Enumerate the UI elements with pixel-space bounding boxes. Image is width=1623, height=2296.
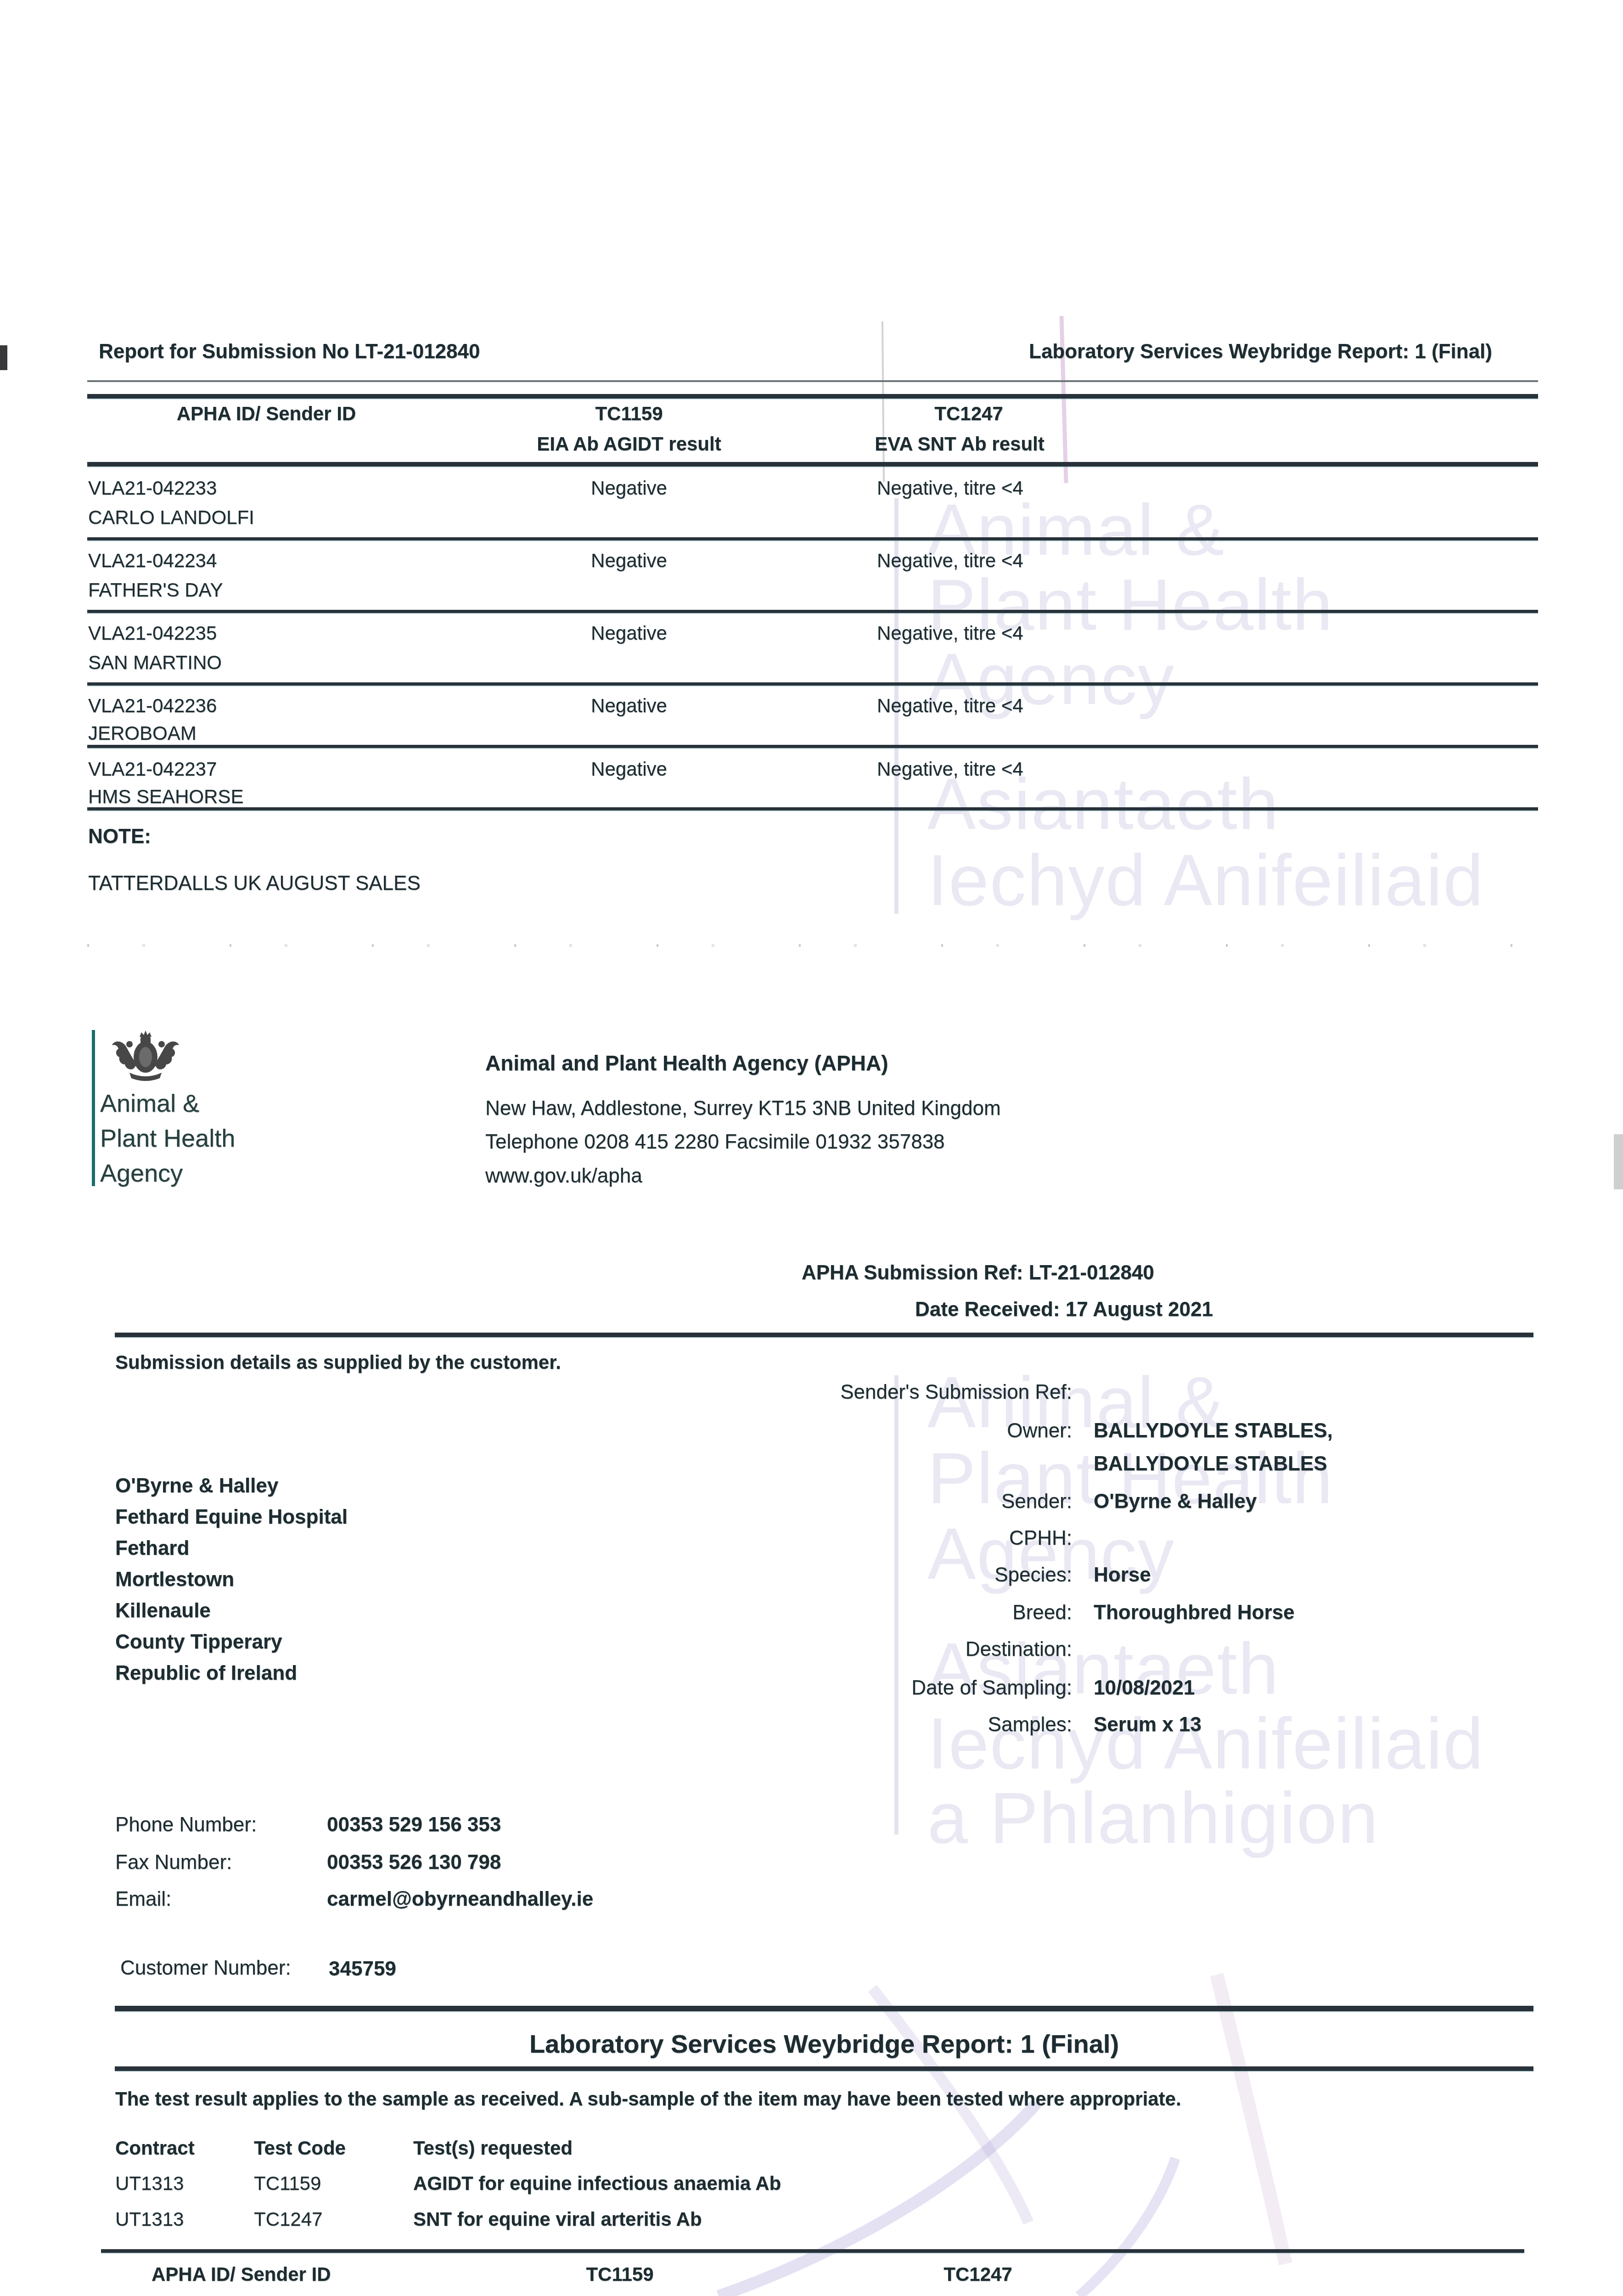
fax-label: Fax Number:	[115, 1851, 232, 1874]
agency-website: www.gov.uk/apha	[485, 1165, 642, 1187]
customer-address-line: Republic of Ireland	[115, 1662, 297, 1684]
horse-name: JEROBOAM	[88, 723, 197, 744]
field-value-owner-2: BALLYDOYLE STABLES	[1094, 1453, 1327, 1475]
scanned-lab-report-page: Animal & Plant Health Agency Asiantaeth …	[0, 0, 1623, 2296]
agency-phone-fax: Telephone 0208 415 2280 Facsimile 01932 …	[485, 1131, 945, 1153]
field-label-sampling: Date of Sampling:	[689, 1677, 1072, 1699]
test-name-value: AGIDT for equine infectious anaemia Ab	[413, 2173, 781, 2194]
footer-header-tc1159: TC1159	[505, 2264, 735, 2285]
logo-text-line: Plant Health	[100, 1124, 235, 1153]
field-label-species: Species:	[689, 1564, 1072, 1586]
eia-result: Negative	[519, 623, 739, 644]
test-code-value: TC1247	[254, 2209, 322, 2230]
field-value-sender: O'Byrne & Halley	[1094, 1491, 1257, 1513]
date-received-line: Date Received: 17 August 2021	[915, 1299, 1213, 1321]
contract-value: UT1313	[115, 2209, 184, 2230]
date-received-label: Date Received:	[915, 1298, 1060, 1321]
field-label-owner: Owner:	[689, 1420, 1072, 1442]
logo-vertical-bar	[92, 1030, 95, 1186]
email-value: carmel@obyrneandhalley.ie	[327, 1888, 593, 1910]
divider	[87, 610, 1538, 613]
field-value-samples: Serum x 13	[1094, 1714, 1202, 1736]
divider	[87, 682, 1538, 686]
eia-result: Negative	[519, 550, 739, 571]
agency-name: Animal and Plant Health Agency (APHA)	[485, 1052, 888, 1075]
phone-label: Phone Number:	[115, 1814, 257, 1836]
eva-result: Negative, titre <4	[877, 759, 1023, 780]
divider	[115, 2066, 1533, 2071]
eva-result: Negative, titre <4	[877, 478, 1023, 499]
horse-name: SAN MARTINO	[88, 652, 222, 673]
submission-ref-line: APHA Submission Ref: LT-21-012840	[802, 1262, 1154, 1284]
customer-address-line: Fethard	[115, 1537, 189, 1559]
footer-header-apha-id: APHA ID/ Sender ID	[152, 2264, 331, 2285]
customer-address-line: County Tipperary	[115, 1631, 282, 1653]
phone-value: 00353 529 156 353	[327, 1814, 501, 1836]
eva-result: Negative, titre <4	[877, 550, 1023, 571]
watermark-text: Iechyd Anifeiliaid	[927, 844, 1484, 917]
tests-header-requested: Test(s) requested	[413, 2138, 573, 2159]
royal-crest-icon	[102, 1029, 189, 1084]
horse-name: CARLO LANDOLFI	[88, 507, 254, 528]
field-label-cphh: CPHH:	[689, 1527, 1072, 1549]
logo-text-line: Animal &	[100, 1089, 199, 1118]
horse-name: FATHER'S DAY	[88, 580, 223, 601]
test-code-value: TC1159	[254, 2173, 321, 2194]
field-value-sampling: 10/08/2021	[1094, 1677, 1195, 1699]
watermark-text: a Phlanhigion	[927, 1782, 1379, 1854]
weybridge-report-title: Laboratory Services Weybridge Report: 1 …	[115, 2030, 1533, 2058]
note-label: NOTE:	[88, 826, 151, 848]
divider	[87, 394, 1538, 399]
eia-result: Negative	[519, 478, 739, 499]
sample-id: VLA21-042237	[88, 759, 217, 780]
field-value-owner-1: BALLYDOYLE STABLES,	[1094, 1420, 1333, 1442]
date-received-value: 17 August 2021	[1066, 1298, 1213, 1321]
sample-id: VLA21-042233	[88, 478, 217, 499]
field-label-destination: Destination:	[689, 1638, 1072, 1660]
divider	[101, 2249, 1524, 2253]
horse-name: HMS SEAHORSE	[88, 786, 243, 807]
submission-ref-label: APHA Submission Ref:	[802, 1261, 1023, 1284]
field-label-samples: Samples:	[689, 1714, 1072, 1736]
note-text: TATTERDALLS UK AUGUST SALES	[88, 872, 421, 895]
field-value-breed: Thoroughbred Horse	[1094, 1602, 1295, 1624]
agency-address: New Haw, Addlestone, Surrey KT15 3NB Uni…	[485, 1097, 1001, 1120]
eva-result: Negative, titre <4	[877, 623, 1023, 644]
divider	[115, 2006, 1533, 2011]
faded-text-artifact	[87, 944, 1533, 947]
divider	[87, 745, 1538, 748]
customer-address-line: Killenaule	[115, 1600, 211, 1622]
results-header-tc1159: TC1159	[519, 403, 739, 424]
customer-address-line: Fethard Equine Hospital	[115, 1506, 348, 1528]
tests-header-code: Test Code	[254, 2138, 346, 2159]
results-header-eia: EIA Ab AGIDT result	[487, 433, 771, 455]
eva-result: Negative, titre <4	[877, 695, 1023, 716]
eia-result: Negative	[519, 695, 739, 716]
divider	[87, 462, 1538, 467]
results-header-eva: EVA SNT Ab result	[822, 433, 1097, 455]
field-label-senders-ref: Sender's Submission Ref:	[689, 1381, 1072, 1403]
submission-details-heading: Submission details as supplied by the cu…	[115, 1352, 561, 1373]
divider	[115, 1333, 1533, 1337]
footer-header-tc1247: TC1247	[863, 2264, 1093, 2285]
divider	[87, 380, 1538, 382]
disclaimer-text: The test result applies to the sample as…	[115, 2088, 1181, 2110]
report-title-top: Laboratory Services Weybridge Report: 1 …	[826, 341, 1492, 363]
contract-value: UT1313	[115, 2173, 184, 2194]
submission-ref-value: LT-21-012840	[1029, 1261, 1154, 1284]
test-name-value: SNT for equine viral arteritis Ab	[413, 2209, 702, 2230]
sample-id: VLA21-042236	[88, 695, 217, 716]
customer-address-line: O'Byrne & Halley	[115, 1475, 278, 1497]
field-label-breed: Breed:	[689, 1602, 1072, 1624]
results-header-apha-id: APHA ID/ Sender ID	[138, 403, 395, 424]
sample-id: VLA21-042235	[88, 623, 217, 644]
report-number: Report for Submission No LT-21-012840	[99, 341, 480, 363]
customer-number-label: Customer Number:	[120, 1957, 291, 1979]
divider	[87, 807, 1538, 810]
field-value-species: Horse	[1094, 1564, 1151, 1586]
tests-header-contract: Contract	[115, 2138, 195, 2159]
divider	[87, 537, 1538, 540]
results-header-tc1247: TC1247	[840, 403, 1097, 424]
eia-result: Negative	[519, 759, 739, 780]
field-label-sender: Sender:	[689, 1491, 1072, 1513]
customer-address-line: Mortlestown	[115, 1569, 234, 1591]
logo-text-line: Agency	[100, 1159, 183, 1187]
fax-value: 00353 526 130 798	[327, 1851, 501, 1874]
customer-number-value: 345759	[329, 1958, 396, 1980]
email-label: Email:	[115, 1888, 171, 1910]
sample-id: VLA21-042234	[88, 550, 217, 571]
